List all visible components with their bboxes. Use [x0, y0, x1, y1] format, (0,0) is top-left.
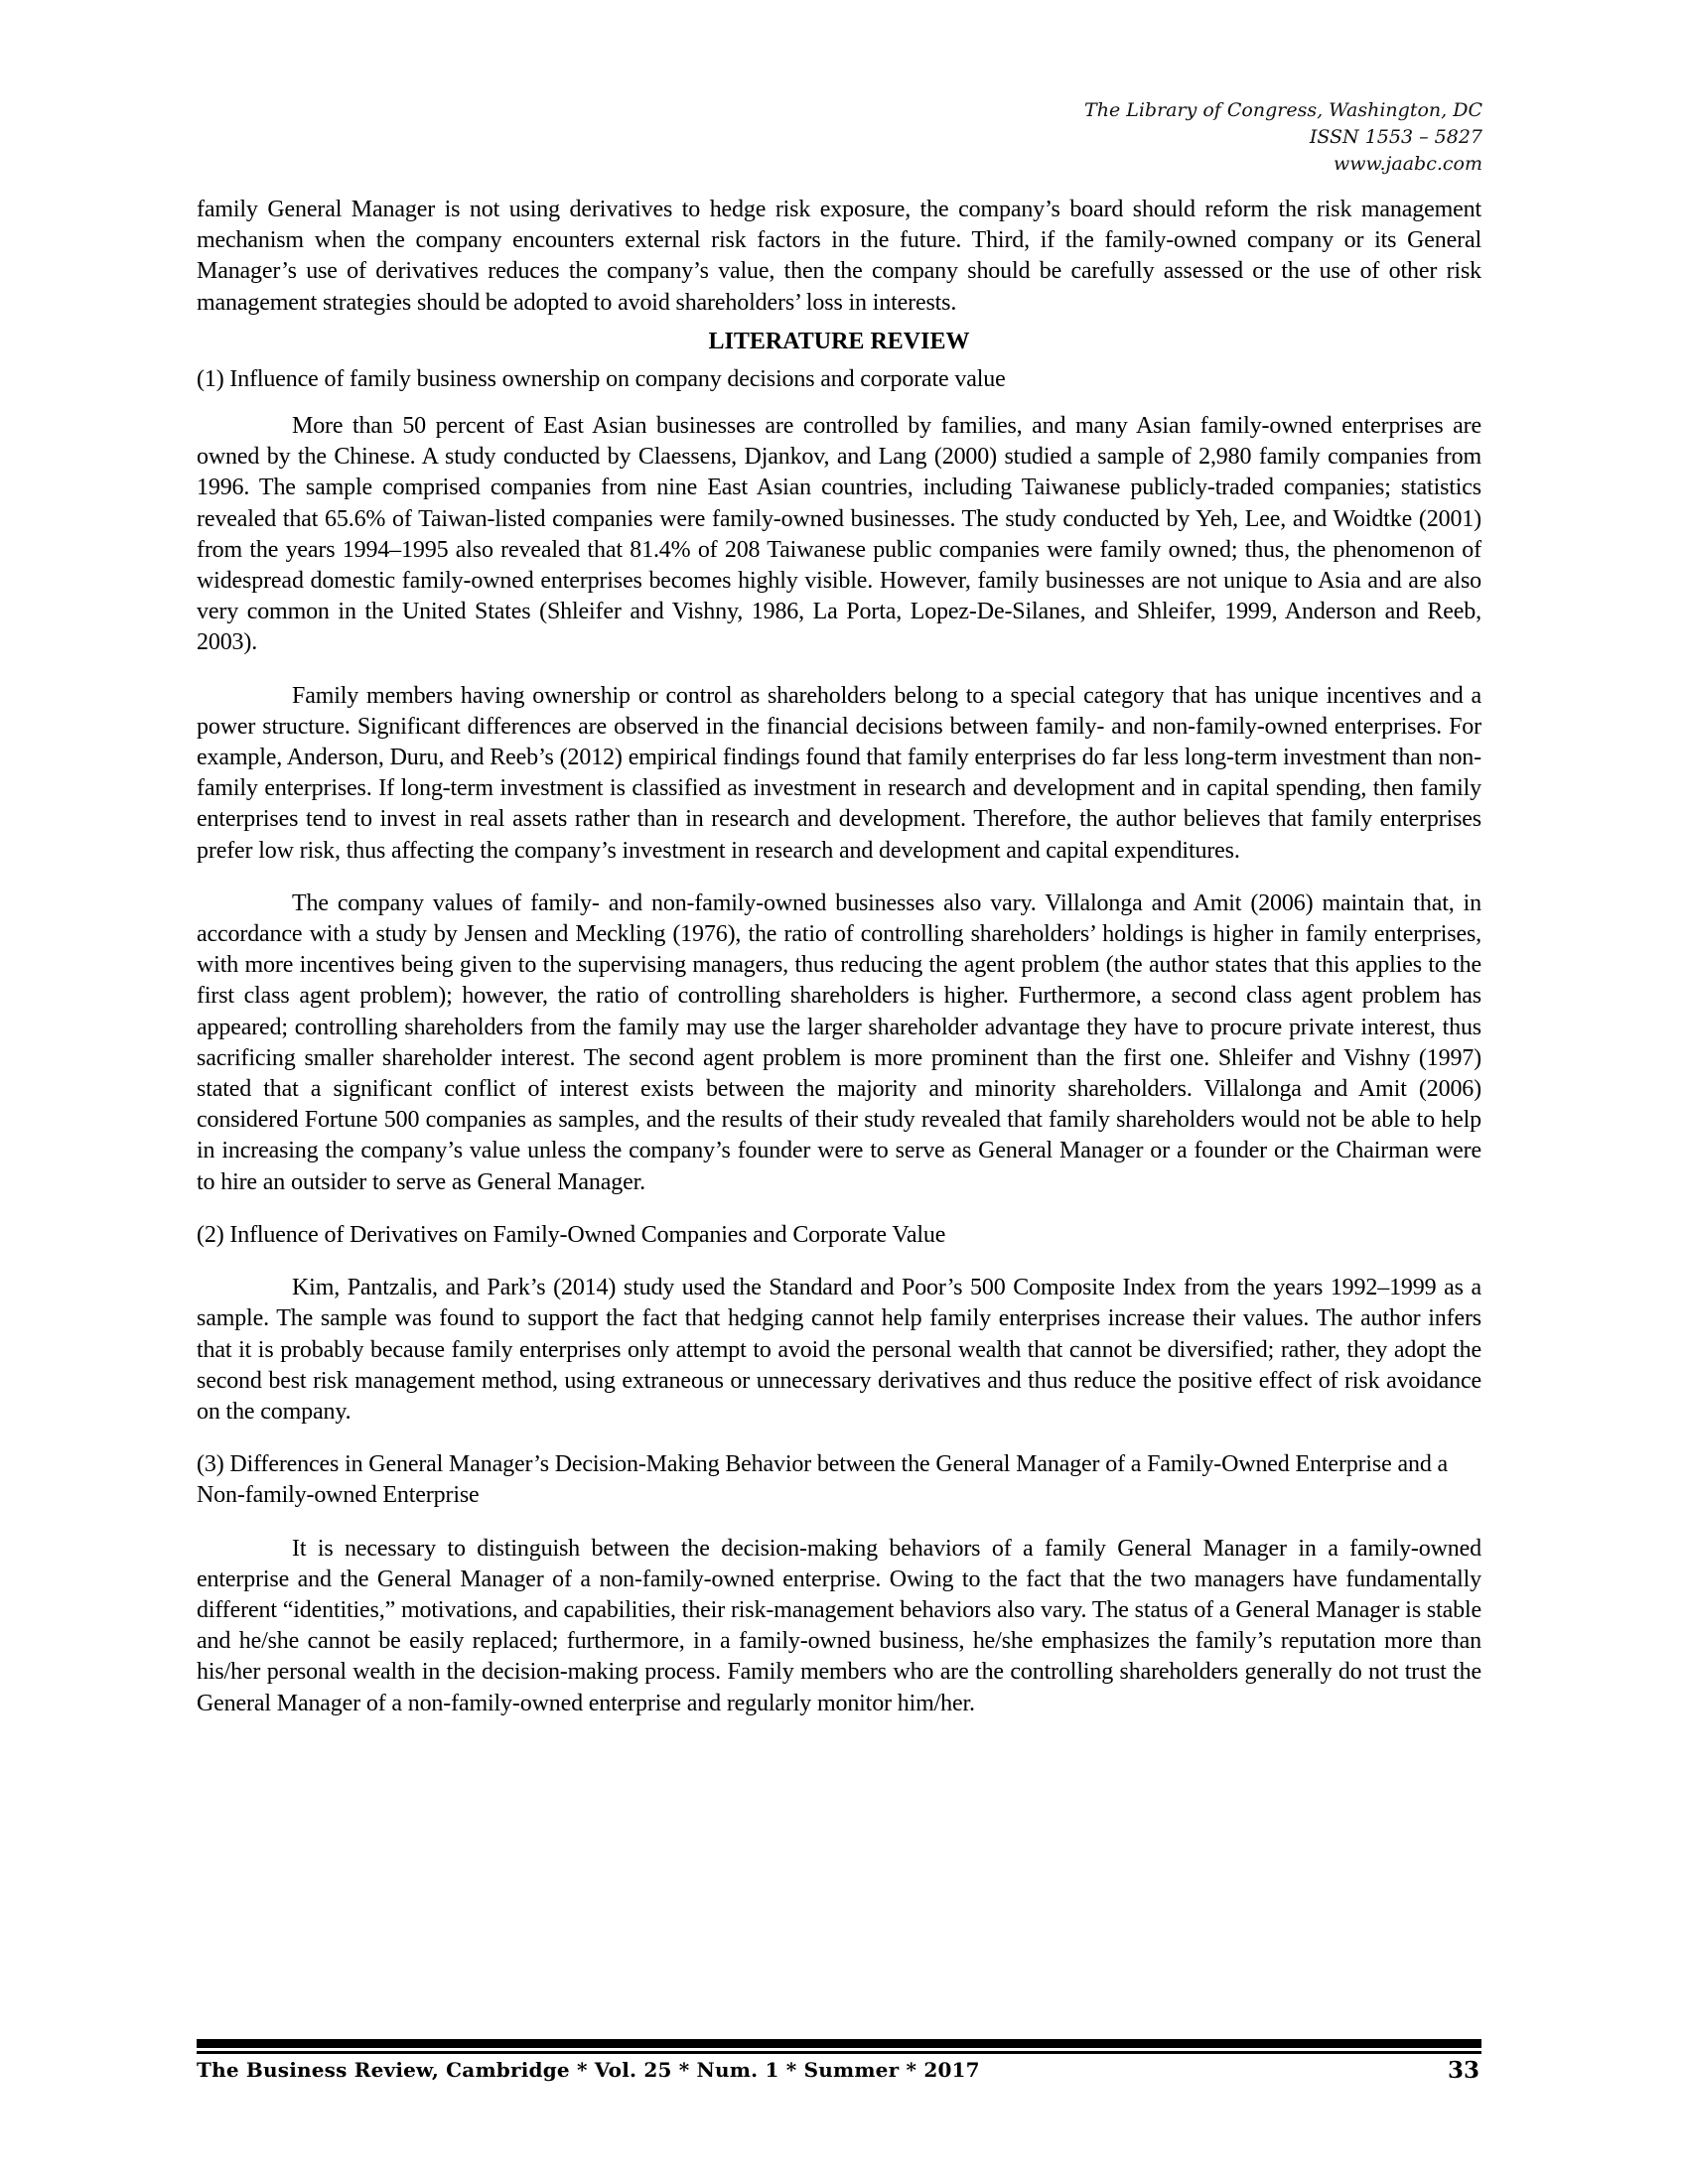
section-title: LITERATURE REVIEW: [197, 319, 1481, 364]
paragraph: It is necessary to distinguish between t…: [197, 1534, 1481, 1719]
paragraph: Kim, Pantzalis, and Park’s (2014) study …: [197, 1273, 1481, 1428]
page-body: family General Manager is not using deri…: [197, 195, 1481, 1719]
intro-paragraph: family General Manager is not using deri…: [197, 195, 1481, 319]
header-library: The Library of Congress, Washington, DC: [1084, 97, 1482, 124]
running-footer: The Business Review, Cambridge * Vol. 25…: [197, 2053, 1481, 2087]
running-header: The Library of Congress, Washington, DC …: [1084, 97, 1482, 178]
header-issn: ISSN 1553 – 5827: [1084, 124, 1482, 151]
paragraph: Family members having ownership or contr…: [197, 681, 1481, 867]
header-website: www.jaabc.com: [1084, 151, 1482, 178]
subsection-heading-2: (2) Influence of Derivatives on Family-O…: [197, 1220, 1481, 1251]
subsection-heading-1: (1) Influence of family business ownersh…: [197, 364, 1481, 395]
subsection-heading-3: (3) Differences in General Manager’s Dec…: [197, 1449, 1481, 1511]
footer-rule-thick: [197, 2039, 1481, 2048]
paragraph: The company values of family- and non-fa…: [197, 888, 1481, 1198]
footer-journal-info: The Business Review, Cambridge * Vol. 25…: [197, 2058, 980, 2082]
footer-divider: [197, 2039, 1481, 2054]
paragraph: More than 50 percent of East Asian busin…: [197, 411, 1481, 659]
page-number: 33: [1448, 2057, 1481, 2084]
